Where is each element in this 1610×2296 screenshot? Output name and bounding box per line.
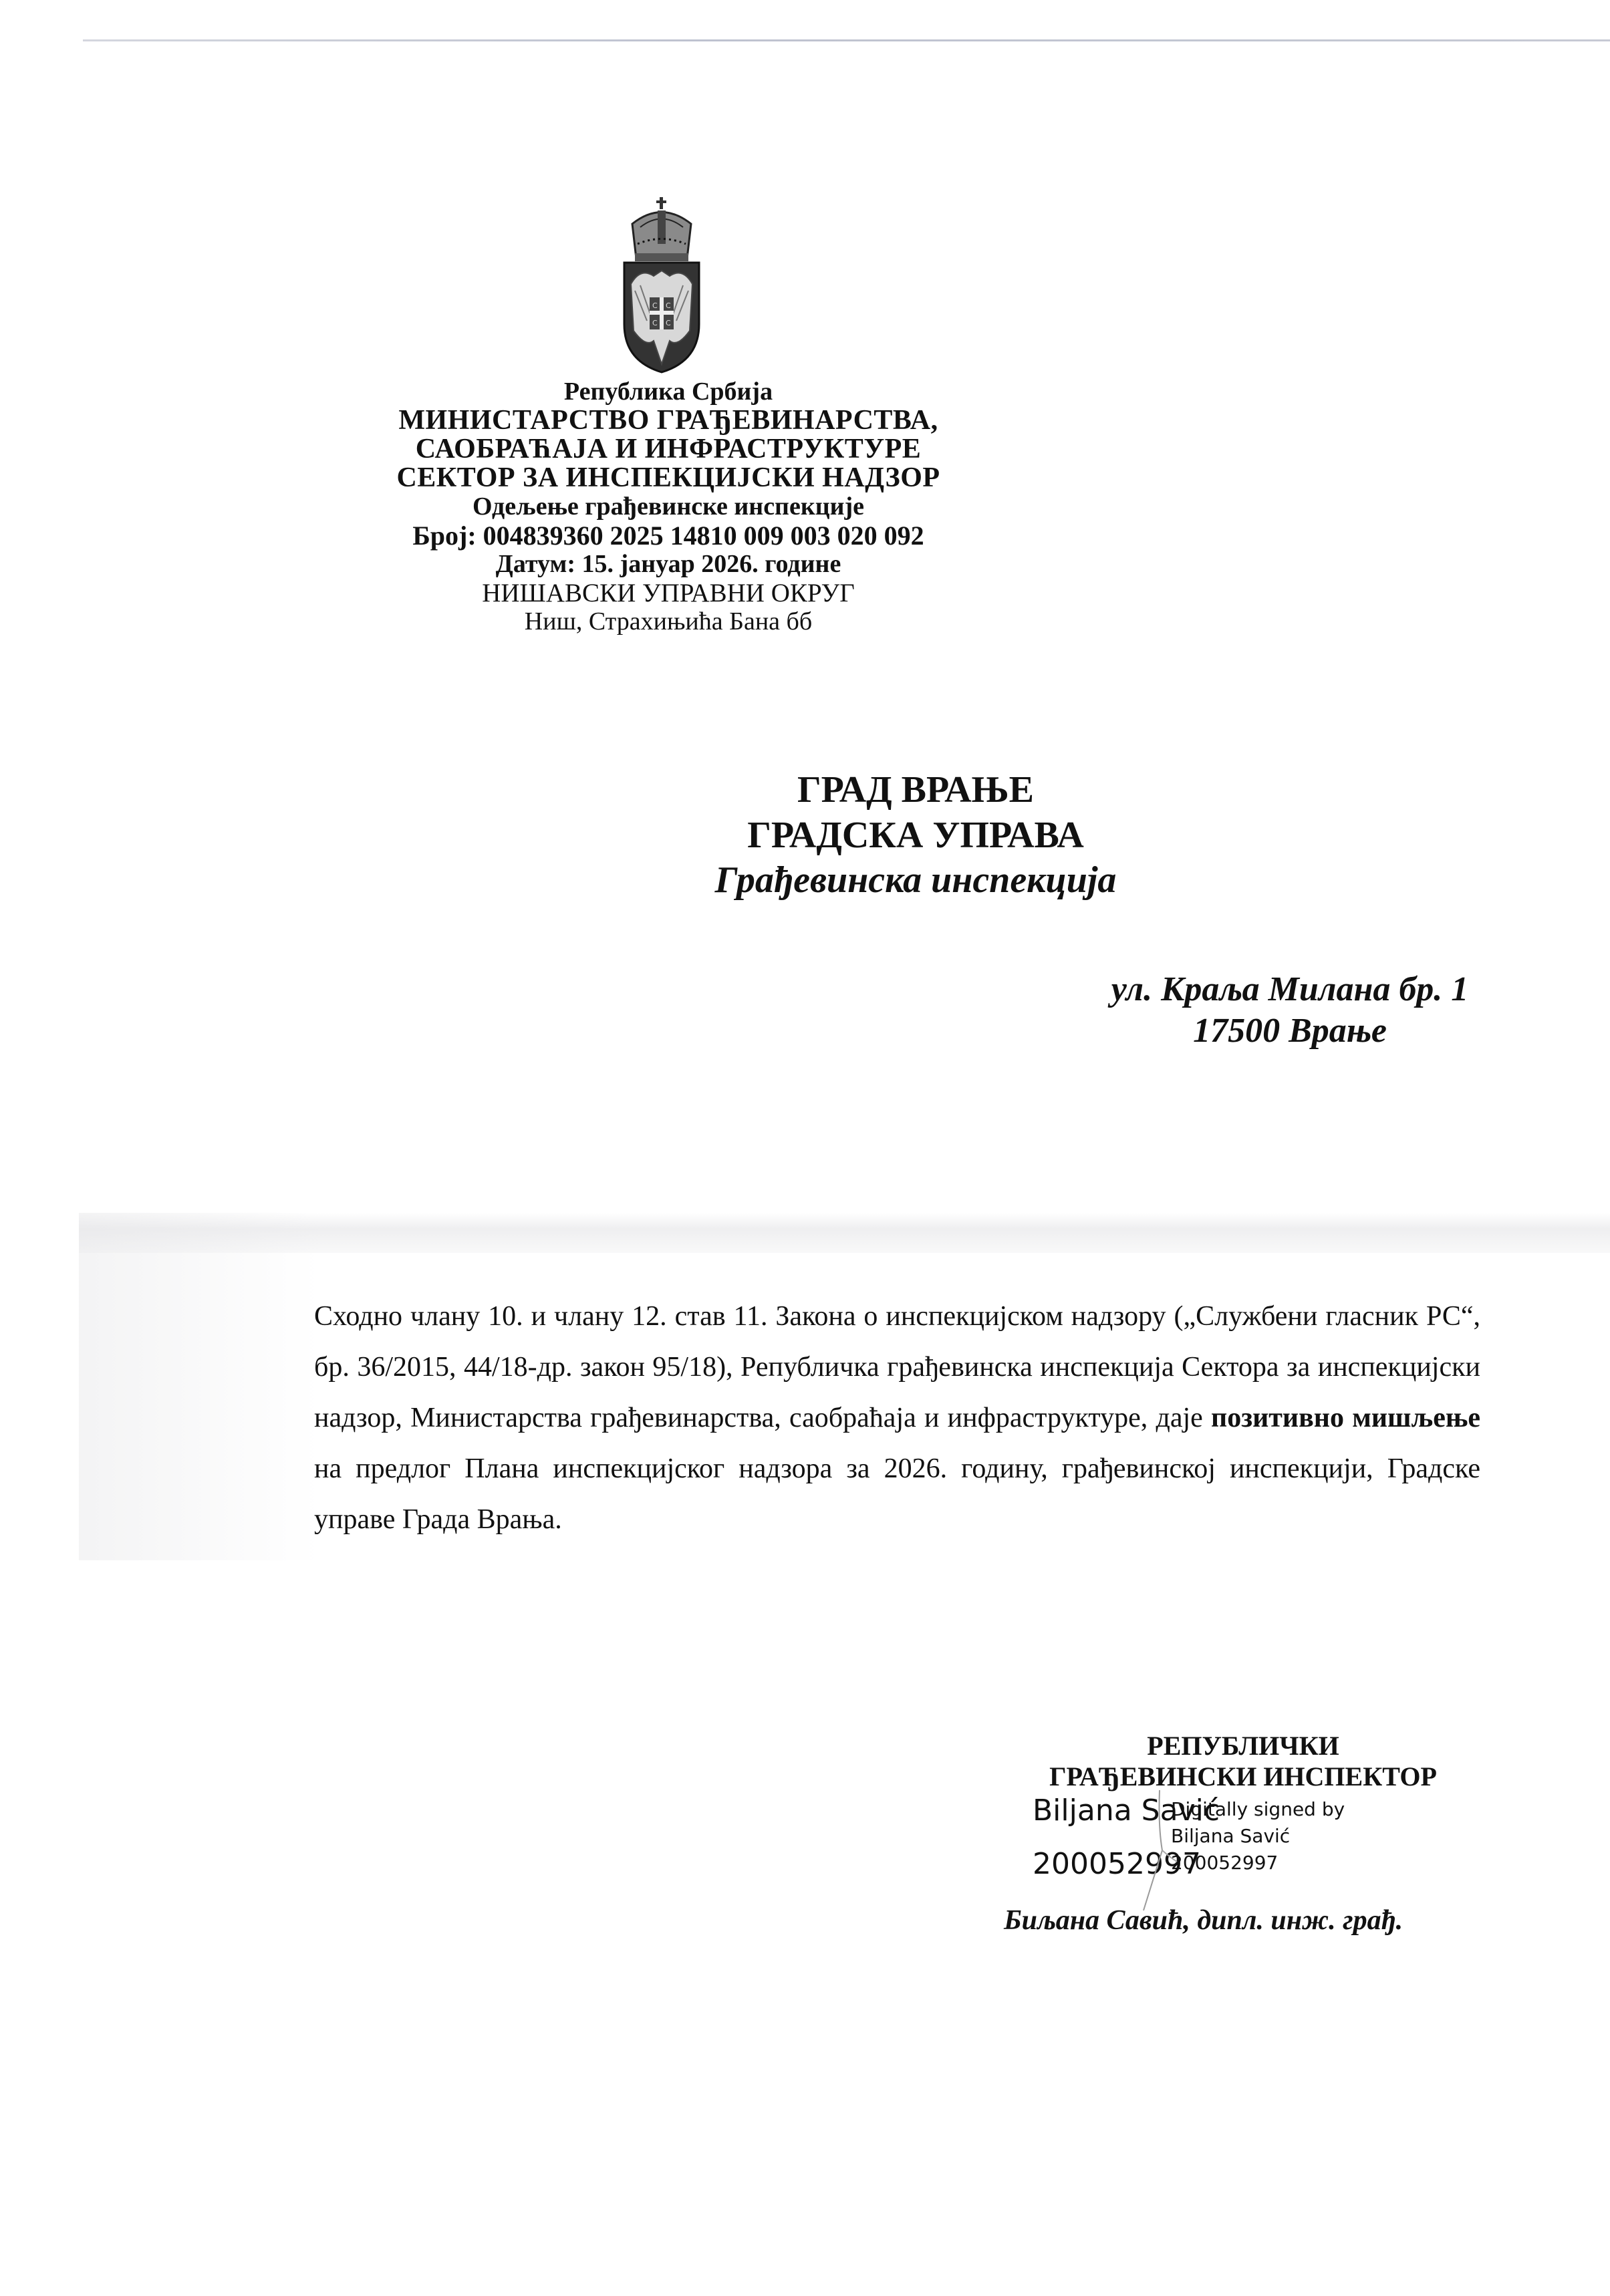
country-name: Република Србија bbox=[388, 378, 949, 406]
digital-signature-label: Digitally signed by Biljana Savić 200052… bbox=[1171, 1796, 1345, 1876]
recipient-administration: ГРАДСКА УПРАВА bbox=[675, 813, 1156, 858]
recipient-city: ГРАД ВРАЊЕ bbox=[675, 767, 1156, 813]
digital-signature: Biljana Savić 200052997 Digitally signed… bbox=[996, 1793, 1490, 1904]
recipient-address: ул. Краља Милана бр. 1 17500 Врање bbox=[1089, 969, 1490, 1052]
serbia-coat-of-arms-icon: С С С С bbox=[620, 197, 703, 374]
signatory-title-line1: РЕПУБЛИЧКИ bbox=[996, 1731, 1490, 1761]
department-name: Одељење грађевинске инспекције bbox=[388, 492, 949, 521]
svg-text:С: С bbox=[652, 319, 658, 327]
digital-signed-name: Biljana Savić bbox=[1171, 1823, 1345, 1850]
body-text-end: на предлог Плана инспекцијског надзора з… bbox=[314, 1453, 1480, 1535]
scan-shadow-left bbox=[79, 1213, 319, 1560]
recipient-department: Грађевинска инспекција bbox=[675, 858, 1156, 902]
sender-address: Ниш, Страхињића Бана бб bbox=[388, 607, 949, 636]
recipient-postal-city: 17500 Врање bbox=[1089, 1010, 1490, 1052]
administrative-district: НИШАВСКИ УПРАВНИ ОКРУГ bbox=[388, 579, 949, 607]
digital-signed-by: Digitally signed by bbox=[1171, 1796, 1345, 1823]
body-paragraph: Сходно члану 10. и члану 12. став 11. За… bbox=[314, 1291, 1480, 1545]
digital-signed-id: 200052997 bbox=[1171, 1850, 1345, 1876]
signature-block: РЕПУБЛИЧКИ ГРАЂЕВИНСКИ ИНСПЕКТОР Biljana… bbox=[996, 1731, 1490, 1937]
svg-text:С: С bbox=[652, 301, 658, 310]
ministry-name-line2: САОБРАЋАЈА И ИНФРАСТРУКТУРЕ bbox=[388, 435, 949, 464]
recipient-street: ул. Краља Милана бр. 1 bbox=[1089, 969, 1490, 1010]
recipient-block: ГРАД ВРАЊЕ ГРАДСКА УПРАВА Грађевинска ин… bbox=[675, 767, 1156, 902]
sector-name: СЕКТОР ЗА ИНСПЕКЦИЈСКИ НАДЗОР bbox=[388, 464, 949, 492]
body-bold-opinion: позитивно мишљење bbox=[1211, 1403, 1480, 1433]
svg-text:С: С bbox=[666, 301, 671, 310]
svg-text:С: С bbox=[666, 319, 671, 327]
document-number: Број: 004839360 2025 14810 009 003 020 0… bbox=[388, 521, 949, 550]
ministry-name-line1: МИНИСТАРСТВО ГРАЂЕВИНАРСТВА, bbox=[388, 406, 949, 435]
document-date: Датум: 15. јануар 2026. године bbox=[388, 550, 949, 579]
scan-top-rule bbox=[83, 39, 1610, 41]
signatory-full-name: Биљана Савић, дипл. инж. грађ. bbox=[1004, 1904, 1490, 1937]
sender-header: Република Србија МИНИСТАРСТВО ГРАЂЕВИНАР… bbox=[388, 378, 949, 636]
signatory-title-line2: ГРАЂЕВИНСКИ ИНСПЕКТОР bbox=[996, 1761, 1490, 1792]
